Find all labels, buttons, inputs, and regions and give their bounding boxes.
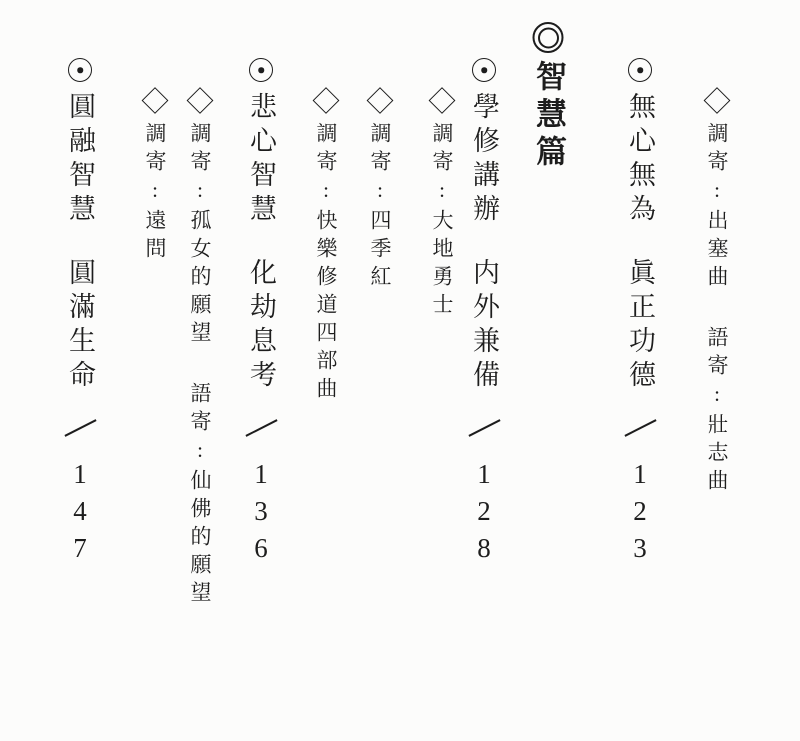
- song-entry-column: 學修講辦 内外兼備 128: [467, 58, 501, 570]
- tune-credit: 調寄:快樂修道四部曲: [314, 122, 338, 405]
- diamond-icon: [142, 87, 169, 114]
- tune-credit-column: 調寄:孤女的願望 語寄:仙佛的願望: [186, 90, 214, 609]
- tune-credit-column: 調寄:大地勇士: [428, 90, 456, 321]
- page-number: 128: [469, 459, 499, 570]
- page-number: 136: [246, 459, 276, 570]
- slash-icon: [627, 412, 654, 442]
- song-title: 悲心智慧: [246, 92, 276, 228]
- page-number: 147: [65, 459, 95, 570]
- section-title: 智慧篇: [531, 60, 566, 173]
- song-title: 無心無為: [625, 92, 655, 228]
- tune-credit-column: 調寄:出塞曲 語寄:壯志曲: [703, 90, 731, 497]
- song-title: 學修講辦: [469, 92, 499, 228]
- song-title: 圓融智慧: [65, 92, 95, 228]
- circle-dot-icon: [628, 58, 652, 82]
- song-subtitle: 圓滿生命: [65, 258, 95, 394]
- tune-credit-column: 調寄:快樂修道四部曲: [312, 90, 340, 405]
- slash-icon: [471, 412, 498, 442]
- tune-credit: 調寄:遠問: [143, 122, 167, 265]
- tune-credit: 調寄:出塞曲: [705, 122, 729, 293]
- double-circle-icon: [533, 22, 564, 53]
- circle-dot-icon: [472, 58, 496, 82]
- diamond-icon: [313, 87, 340, 114]
- song-entry-column: 無心無為 眞正功德 123: [623, 58, 657, 570]
- song-entry-column: 圓融智慧 圓滿生命 147: [63, 58, 97, 570]
- tune-credit: 調寄:四季紅: [368, 122, 392, 293]
- diamond-icon: [187, 87, 214, 114]
- song-subtitle: 眞正功德: [625, 258, 655, 394]
- tune-credit: 調寄:大地勇士: [430, 122, 454, 321]
- tune-credit: 調寄:孤女的願望: [188, 122, 212, 349]
- song-subtitle: 化劫息考: [246, 258, 276, 394]
- diamond-icon: [429, 87, 456, 114]
- tune-credit-column: 調寄:四季紅: [366, 90, 394, 293]
- song-entry-column: 悲心智慧 化劫息考 136: [244, 58, 278, 570]
- diamond-icon: [367, 87, 394, 114]
- circle-dot-icon: [249, 58, 273, 82]
- lyrics-credit: 語寄:壯志曲: [705, 326, 729, 497]
- tune-credit-column: 調寄:遠問: [141, 90, 169, 265]
- page-number: 123: [625, 459, 655, 570]
- circle-dot-icon: [68, 58, 92, 82]
- toc-page: 調寄:出塞曲 語寄:壯志曲 無心無為 眞正功德 123 智慧篇 學修講辦 内外兼…: [0, 0, 800, 741]
- slash-icon: [248, 412, 275, 442]
- section-header-column: 智慧篇: [528, 22, 568, 173]
- lyrics-credit: 語寄:仙佛的願望: [188, 382, 212, 609]
- diamond-icon: [704, 87, 731, 114]
- slash-icon: [67, 412, 94, 442]
- song-subtitle: 内外兼備: [469, 258, 499, 394]
